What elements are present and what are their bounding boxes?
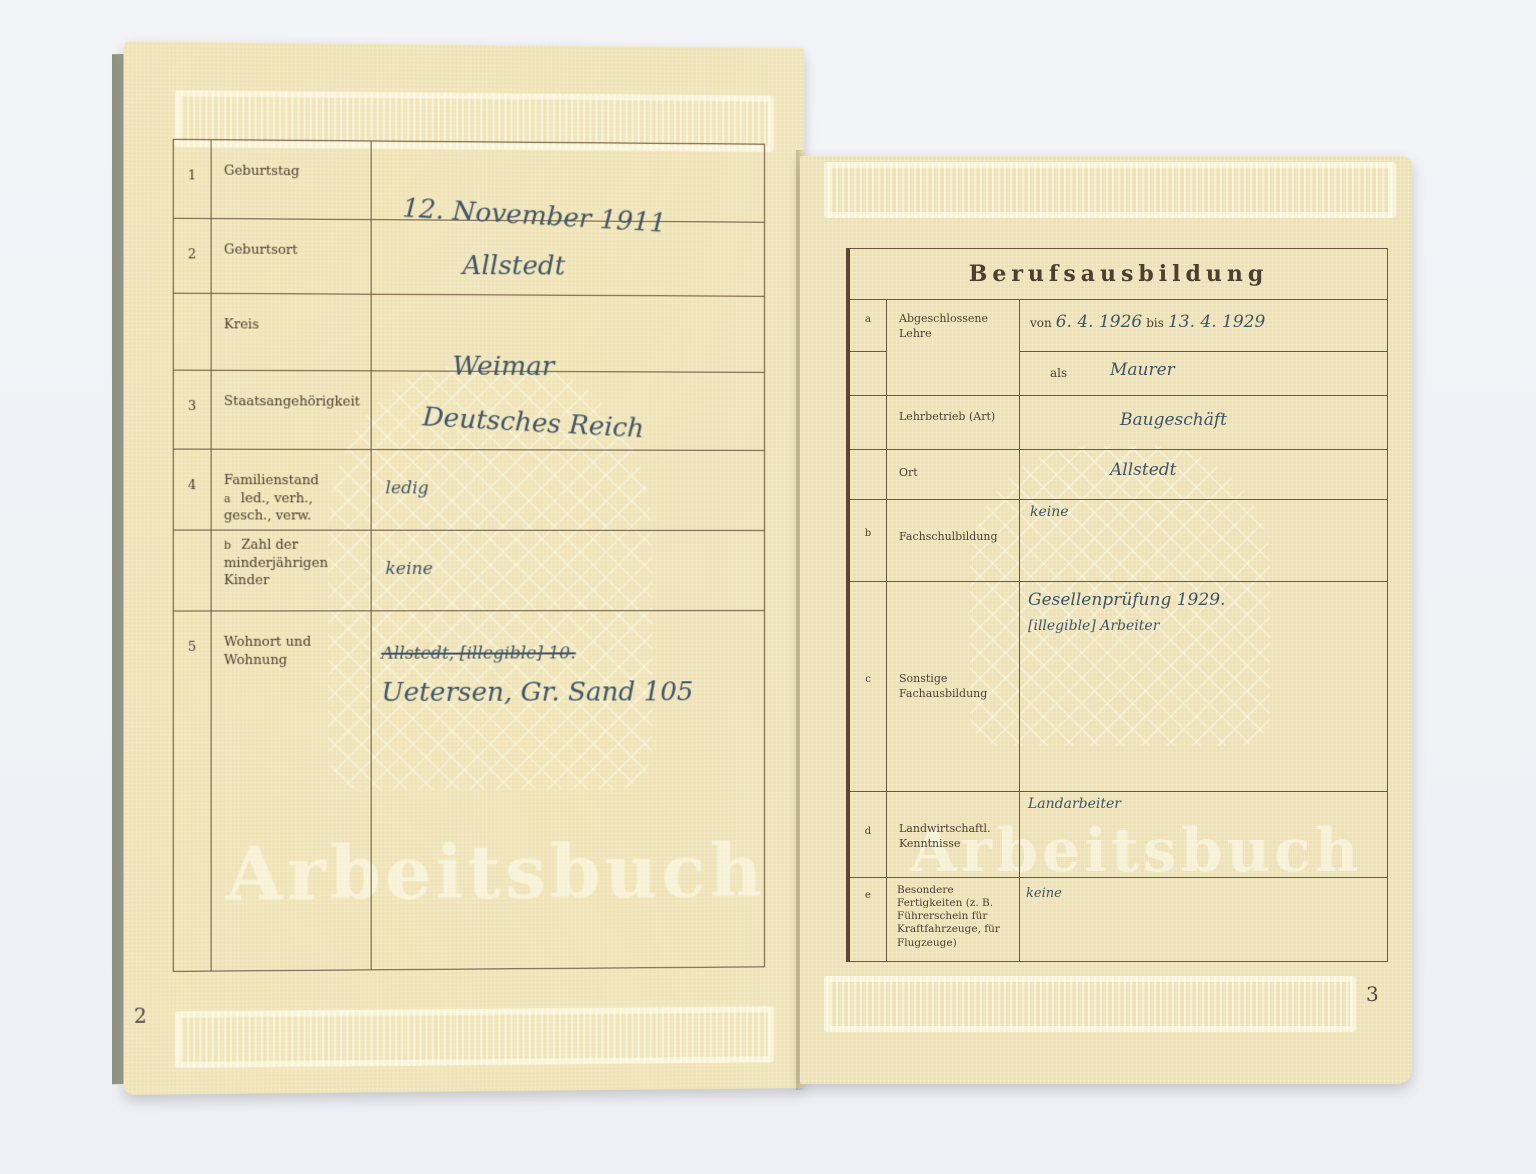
open-booklet: Arbeitsbuch 1 Geburtstag 12. November 19…	[0, 0, 1536, 1174]
minor-children-value: keine	[385, 559, 433, 579]
birthplace-value: Allstedt	[462, 251, 565, 282]
row-number: 3	[173, 370, 211, 449]
row-label: Besondere Fertigkeiten (z. B. Führersche…	[887, 878, 1020, 962]
row-letter: c	[848, 582, 887, 792]
apprenticeship-dates-field[interactable]: von6. 4. 1926bis13. 4. 1929	[1020, 300, 1388, 352]
row-label: Staatsangehörigkeit	[211, 370, 371, 449]
other-training-value-line2: [illegible] Arbeiter	[1028, 618, 1159, 634]
residence-value: Uetersen, Gr. Sand 105	[381, 677, 693, 708]
sub-letter: b	[224, 539, 231, 552]
row-letter: e	[848, 878, 887, 962]
training-company-field[interactable]: Baugeschäft	[1020, 396, 1388, 450]
birthdate-field[interactable]: 12. November 1911	[371, 141, 765, 222]
row-label: Geburtstag	[211, 140, 371, 220]
row-residence: 5 Wohnort und Wohnung Allstedt, [illegib…	[173, 611, 764, 972]
decorative-border-top	[824, 162, 1396, 218]
row-marital-status: 4 Familienstand aled., verh., gesch., ve…	[173, 449, 764, 530]
row-number: 1	[173, 139, 211, 218]
row-label: Fachschulbildung	[887, 500, 1020, 582]
row-letter: d	[848, 792, 887, 878]
apprenticeship-from: 6. 4. 1926	[1056, 312, 1143, 332]
row-number	[173, 530, 211, 611]
birthplace-field[interactable]: Allstedt	[371, 220, 765, 297]
empty-cell	[848, 396, 887, 450]
row-label: Ort	[887, 450, 1020, 500]
row-label: Lehrbetrieb (Art)	[887, 396, 1020, 450]
row-training-company: Lehrbetrieb (Art) Baugeschäft	[848, 396, 1388, 450]
marital-status-value: ledig	[385, 478, 428, 498]
row-agricultural-knowledge: d Landwirtschaftl. Kenntnisse Landarbeit…	[848, 792, 1388, 878]
row-district: Kreis Weimar	[173, 293, 764, 372]
trade-field[interactable]: als Maurer	[1020, 352, 1388, 396]
citizenship-field[interactable]: Deutsches Reich	[371, 371, 765, 451]
special-skills-value: keine	[1026, 886, 1062, 901]
to-label: bis	[1146, 316, 1164, 330]
trade-value: Maurer	[1110, 360, 1175, 380]
section-title: Berufsausbildung	[848, 249, 1388, 300]
other-training-field[interactable]: Gesellenprüfung 1929. [illegible] Arbeit…	[1020, 582, 1388, 792]
row-label: Abgeschlossene Lehre	[887, 300, 1020, 396]
minor-children-field[interactable]: keine	[371, 530, 765, 611]
row-number: 2	[173, 218, 211, 293]
agricultural-knowledge-value: Landarbeiter	[1028, 796, 1121, 812]
row-letter: b	[848, 500, 887, 582]
row-apprenticeship: a Abgeschlossene Lehre von6. 4. 1926bis1…	[848, 300, 1388, 352]
district-field[interactable]: Weimar	[371, 294, 765, 372]
row-special-skills: e Besondere Fertigkeiten (z. B. Führersc…	[848, 878, 1388, 962]
row-number	[173, 293, 211, 370]
other-training-value-line1: Gesellenprüfung 1929.	[1028, 590, 1225, 610]
vocational-training-table: Berufsausbildung a Abgeschlossene Lehre …	[846, 248, 1388, 962]
row-label: Sonstige Fachausbildung	[887, 582, 1020, 792]
empty-cell	[848, 450, 887, 500]
right-page: Arbeitsbuch Berufsausbildung a Abgeschlo…	[800, 156, 1412, 1084]
marital-status-field[interactable]: ledig	[371, 450, 765, 531]
training-company-value: Baugeschäft	[1120, 410, 1227, 430]
decorative-border-bottom	[175, 1006, 774, 1068]
row-technical-school: b Fachschulbildung keine	[848, 500, 1388, 582]
technical-school-field[interactable]: keine	[1020, 500, 1388, 582]
row-label: Familienstand aled., verh., gesch., verw…	[211, 449, 371, 530]
row-number: 4	[173, 449, 211, 530]
label-main: Familienstand	[224, 472, 360, 490]
row-label: Kreis	[211, 293, 371, 370]
residence-old-value: Allstedt, [illegible] 10.	[381, 643, 575, 663]
row-label: bZahl der minderjährigen Kinder	[211, 530, 371, 611]
agricultural-knowledge-field[interactable]: Landarbeiter	[1020, 792, 1388, 878]
location-value: Allstedt	[1110, 460, 1176, 480]
row-location: Ort Allstedt	[848, 450, 1388, 500]
row-minor-children: bZahl der minderjährigen Kinder keine	[173, 530, 764, 611]
left-page: Arbeitsbuch 1 Geburtstag 12. November 19…	[124, 41, 804, 1095]
row-birthdate: 1 Geburtstag 12. November 1911	[173, 139, 764, 222]
residence-field[interactable]: Allstedt, [illegible] 10. Uetersen, Gr. …	[371, 611, 765, 970]
row-birthplace: 2 Geburtsort Allstedt	[173, 218, 764, 296]
citizenship-value: Deutsches Reich	[421, 402, 644, 444]
row-other-training: c Sonstige Fachausbildung Gesellenprüfun…	[848, 582, 1388, 792]
row-citizenship: 3 Staatsangehörigkeit Deutsches Reich	[173, 370, 764, 450]
decorative-border-bottom	[824, 976, 1356, 1032]
page-number-right: 3	[1366, 982, 1379, 1006]
from-label: von	[1030, 316, 1052, 330]
table-title-row: Berufsausbildung	[848, 249, 1388, 300]
row-letter: a	[848, 300, 887, 352]
location-field[interactable]: Allstedt	[1020, 450, 1388, 500]
row-number: 5	[173, 611, 211, 971]
label-sub: led., verh., gesch., verw.	[224, 491, 313, 524]
apprenticeship-to: 13. 4. 1929	[1168, 312, 1265, 332]
label-main: Zahl der minderjährigen Kinder	[224, 538, 328, 589]
sub-letter: a	[224, 492, 231, 505]
as-label: als	[1050, 366, 1067, 380]
row-label: Wohnort und Wohnung	[211, 611, 371, 971]
row-label: Landwirtschaftl. Kenntnisse	[887, 792, 1020, 878]
special-skills-field[interactable]: keine	[1020, 878, 1388, 962]
row-label: Geburtsort	[211, 219, 371, 295]
technical-school-value: keine	[1030, 504, 1069, 520]
empty-cell	[848, 352, 887, 396]
page-number-left: 2	[134, 1003, 147, 1027]
personal-data-table: 1 Geburtstag 12. November 1911 2 Geburts…	[173, 139, 765, 972]
